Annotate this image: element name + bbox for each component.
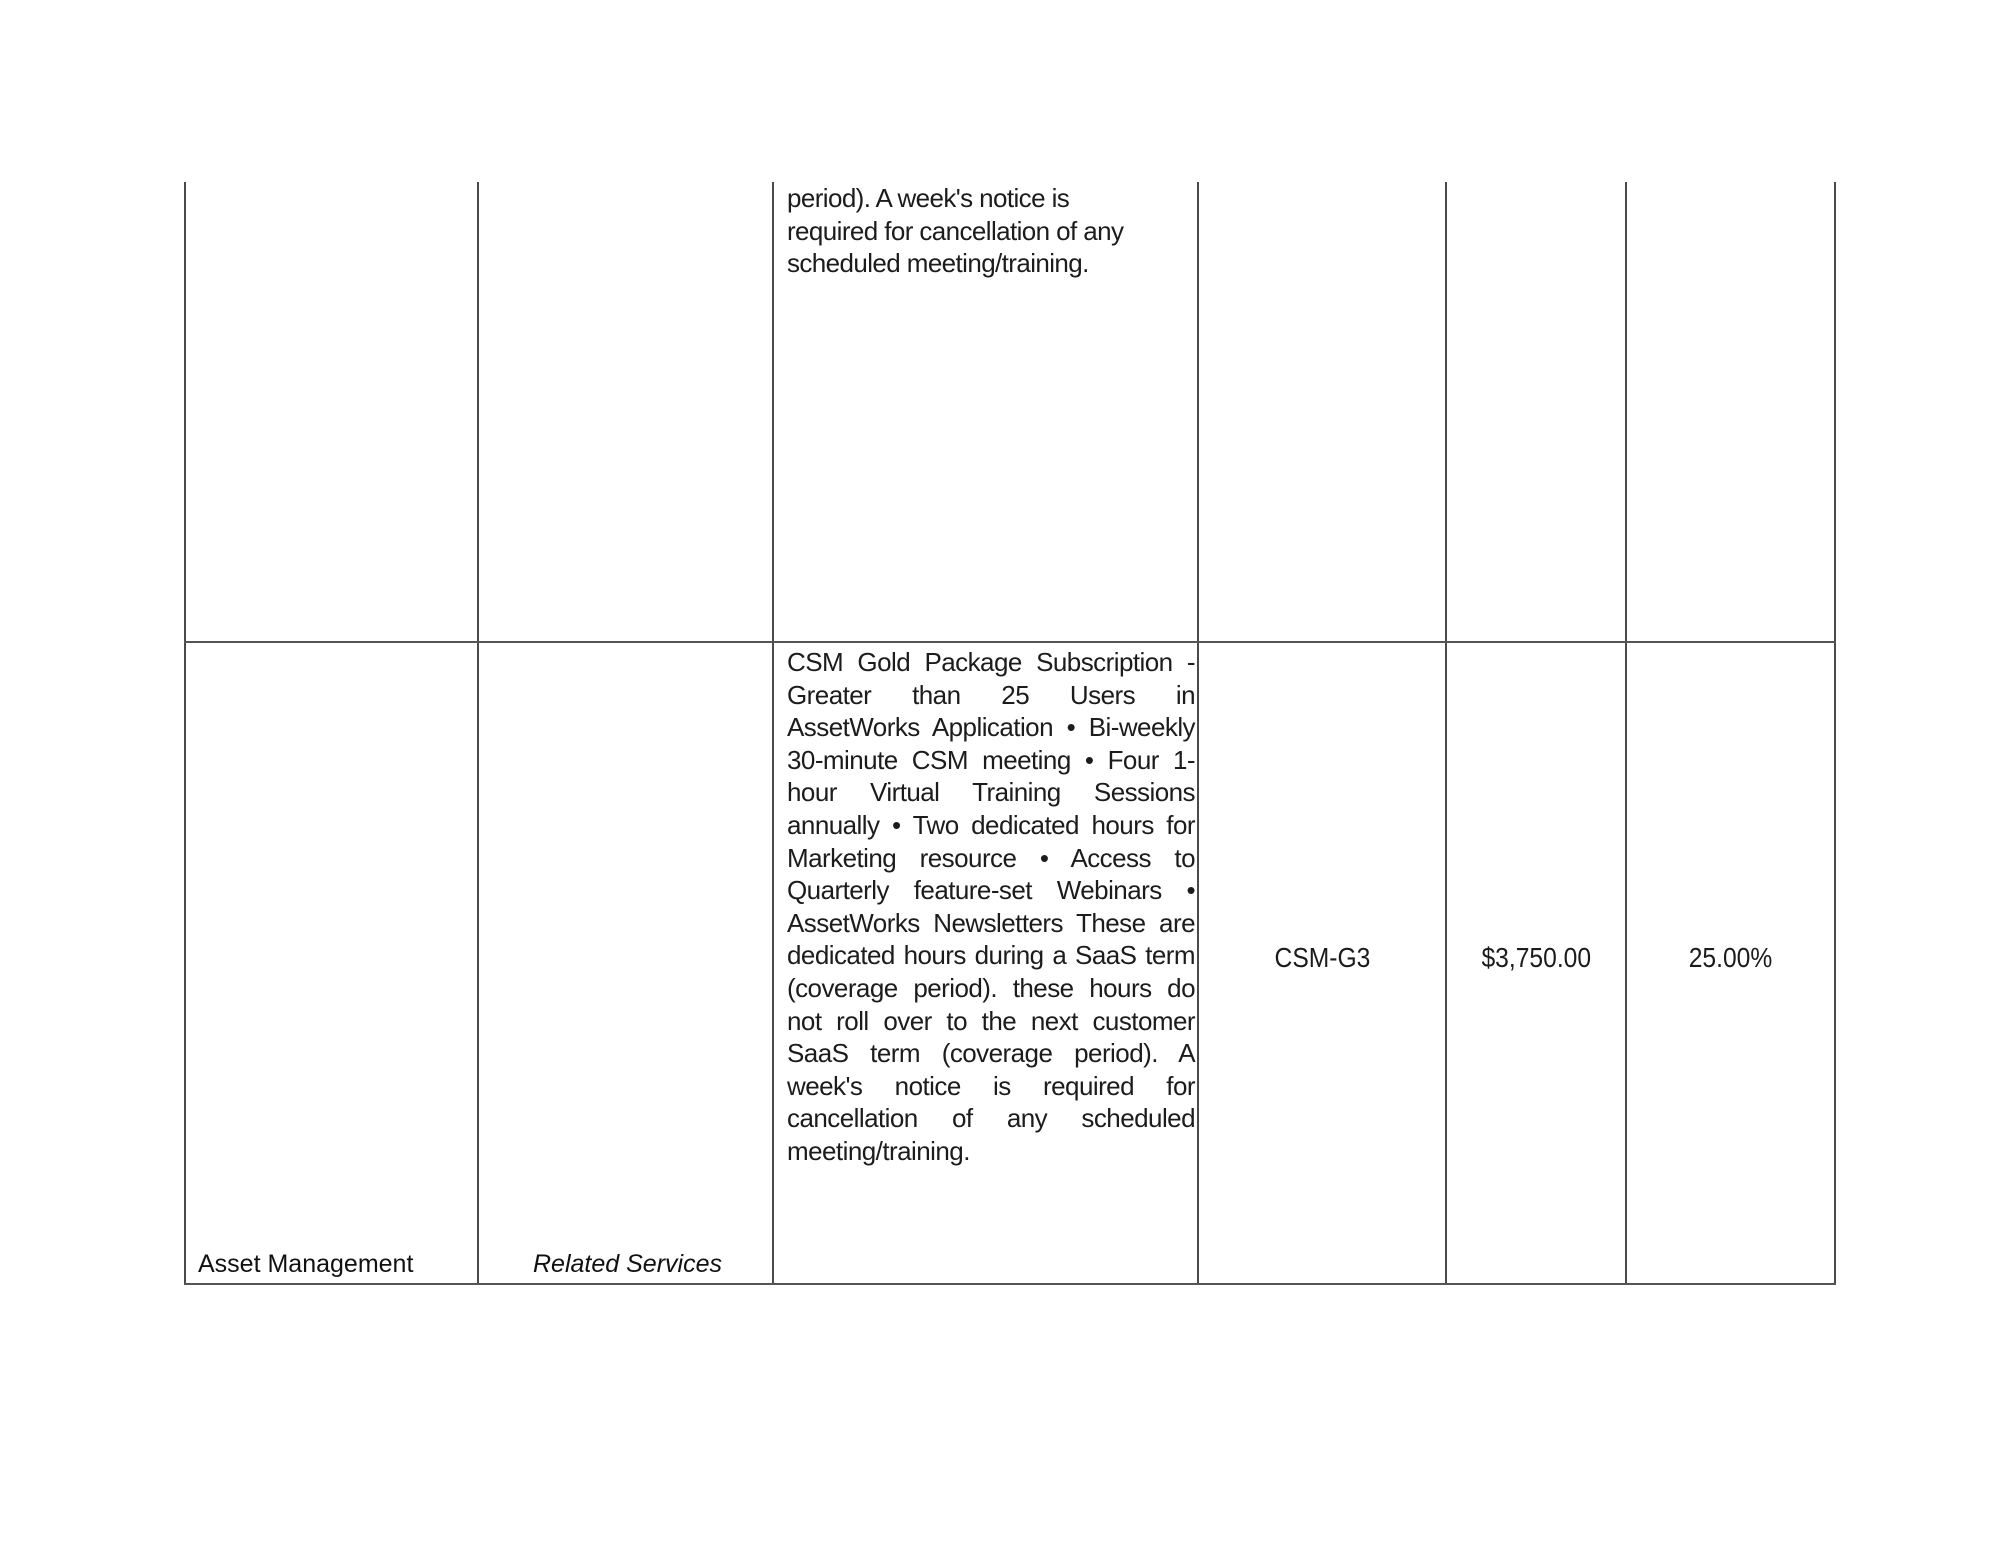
code-cell: CSM-G3 xyxy=(1199,643,1445,1273)
category-text: Asset Management xyxy=(198,1250,413,1279)
discount-cell: 25.00% xyxy=(1627,643,1834,1273)
price-text: $3,750.00 xyxy=(1481,942,1591,974)
table-row: period). A week's notice is required for… xyxy=(184,182,1835,642)
code-cell xyxy=(1199,182,1445,642)
price-cell: $3,750.00 xyxy=(1447,643,1625,1273)
price-cell xyxy=(1447,182,1625,642)
category-cell xyxy=(184,182,477,642)
description-cell: period). A week's notice is required for… xyxy=(787,182,1192,642)
discount-cell xyxy=(1627,182,1834,642)
discount-text: 25.00% xyxy=(1689,942,1773,974)
type-cell: Related Services xyxy=(477,643,772,1283)
table-row: Asset Management Related Services CSM Go… xyxy=(184,643,1835,1283)
description-text: CSM Gold Package Subscription - Greater … xyxy=(787,646,1195,1168)
type-text: Related Services xyxy=(533,1250,722,1279)
description-text: period). A week's notice is required for… xyxy=(787,182,1127,280)
document-page: period). A week's notice is required for… xyxy=(0,0,2000,1545)
table-border-bottom xyxy=(184,1283,1836,1285)
code-text: CSM-G3 xyxy=(1274,942,1370,974)
category-cell: Asset Management xyxy=(184,643,477,1283)
pricing-table: period). A week's notice is required for… xyxy=(184,182,1835,1284)
description-cell: CSM Gold Package Subscription - Greater … xyxy=(787,646,1195,1282)
type-cell xyxy=(477,182,772,642)
